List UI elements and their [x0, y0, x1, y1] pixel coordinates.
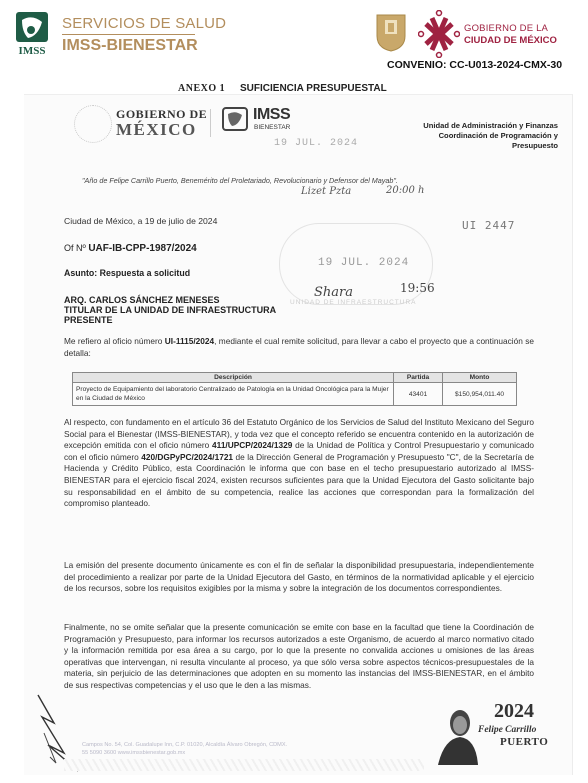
footer-address: Campos No. 54, Col. Guadalupe Inn, C.P. …: [82, 741, 287, 757]
recipient-name: ARQ. CARLOS SÁNCHEZ MENESES: [64, 295, 220, 305]
mexico-seal-icon: [74, 105, 112, 143]
cdmx-title-line2: CIUDAD DE MÉXICO: [464, 35, 557, 46]
unit-line: Presupuesto: [423, 141, 558, 151]
unit-line: Unidad de Administración y Finanzas: [423, 121, 558, 131]
paragraph-intro: Me refiero al oficio número UI-1115/2024…: [64, 336, 534, 359]
cell-descripcion: Proyecto de Equipamiento del laboratorio…: [73, 383, 394, 406]
received-signature: Shara: [314, 285, 353, 300]
reception-stamp-date: 19 JUL. 2024: [318, 257, 409, 269]
brand-title-top: SERVICIOS DE SALUD: [62, 15, 226, 32]
reference-number: 411/UPCP/2024/1329: [212, 440, 292, 450]
svg-text:IMSS: IMSS: [19, 45, 46, 56]
budget-table: Descripción Partida Monto Proyecto de Eq…: [72, 372, 517, 406]
handwritten-note: Lizet Pzta: [301, 186, 351, 197]
logo-separator: [210, 109, 211, 137]
column-header-descripcion: Descripción: [73, 373, 394, 383]
issuing-unit: Unidad de Administración y Finanzas Coor…: [423, 121, 558, 151]
reception-stamp-unit: UNIDAD DE INFRAESTRUCTURA: [290, 299, 416, 306]
brand-divider: [62, 34, 195, 35]
convenio-number: CONVENIO: CC-U013-2024-CMX-30: [387, 59, 562, 71]
mexico-label: MÉXICO: [116, 120, 197, 140]
cdmx-title-line1: GOBIERNO DE LA: [464, 23, 548, 34]
paragraph-purpose: La emisión del presente documento únicam…: [64, 560, 534, 595]
subject-line: Asunto: Respuesta a solicitud: [64, 268, 190, 278]
reference-number: 420/DGPyPC/2024/1721: [141, 452, 233, 462]
cell-monto: $150,954,011.40: [443, 383, 517, 406]
year-badge-name: Felipe Carrillo: [478, 725, 536, 735]
imss-logo: IMSS: [14, 12, 50, 56]
footer-line: Campos No. 54, Col. Guadalupe Inn, C.P. …: [82, 741, 287, 749]
year-badge-number: 2024: [494, 700, 534, 723]
recipient-presente: PRESENTE: [64, 315, 113, 325]
cdmx-shield-icon: [376, 14, 406, 52]
handwritten-folio: UI 2447: [462, 219, 515, 232]
office-number-value: UAF-IB-CPP-1987/2024: [88, 243, 196, 254]
footer-pattern: [64, 759, 424, 771]
brand-title-bottom: IMSS-BIENESTAR: [62, 37, 198, 55]
imss-label: IMSS: [253, 106, 290, 124]
scanned-letter: GOBIERNO DE MÉXICO IMSS BIENESTAR Unidad…: [24, 94, 573, 775]
column-header-monto: Monto: [443, 373, 517, 383]
cdmx-knot-logo: [418, 10, 460, 58]
table-row: Proyecto de Equipamiento del laboratorio…: [73, 383, 517, 406]
column-header-partida: Partida: [394, 373, 443, 383]
year-motto: "Año de Felipe Carrillo Puerto, Beneméri…: [82, 176, 398, 185]
bienestar-label: BIENESTAR: [254, 124, 290, 131]
recipient-title: TITULAR DE LA UNIDAD DE INFRAESTRUCTURA: [64, 305, 276, 315]
office-number-label: Of Nº: [64, 243, 86, 253]
paragraph-closing: Finalmente, no se omite señalar que la p…: [64, 622, 534, 692]
imss-bienestar-logo-icon: [222, 107, 248, 131]
office-number: Of Nº UAF-IB-CPP-1987/2024: [64, 243, 197, 254]
paragraph-legal-basis: Al respecto, con fundamento en el artícu…: [64, 417, 534, 510]
cell-partida: 43401: [394, 383, 443, 406]
received-stamp-date: 19 JUL. 2024: [274, 138, 358, 149]
footer-line: 55 5090 3600 www.imssbienestar.gob.mx: [82, 749, 287, 757]
annex-number: ANEXO 1: [178, 83, 225, 94]
annex-title: SUFICIENCIA PRESUPUESTAL: [240, 83, 387, 94]
text: Me refiero al oficio número: [64, 336, 165, 346]
year-badge-surname: PUERTO: [500, 736, 548, 748]
reference-number: UI-1115/2024: [165, 336, 214, 346]
handwritten-note: 20:00 h: [386, 185, 424, 196]
unit-line: Coordinación de Programación y: [423, 131, 558, 141]
received-time: 19:56: [400, 281, 435, 295]
portrait-icon: [438, 705, 478, 765]
letter-date: Ciudad de México, a 19 de julio de 2024: [64, 216, 217, 226]
